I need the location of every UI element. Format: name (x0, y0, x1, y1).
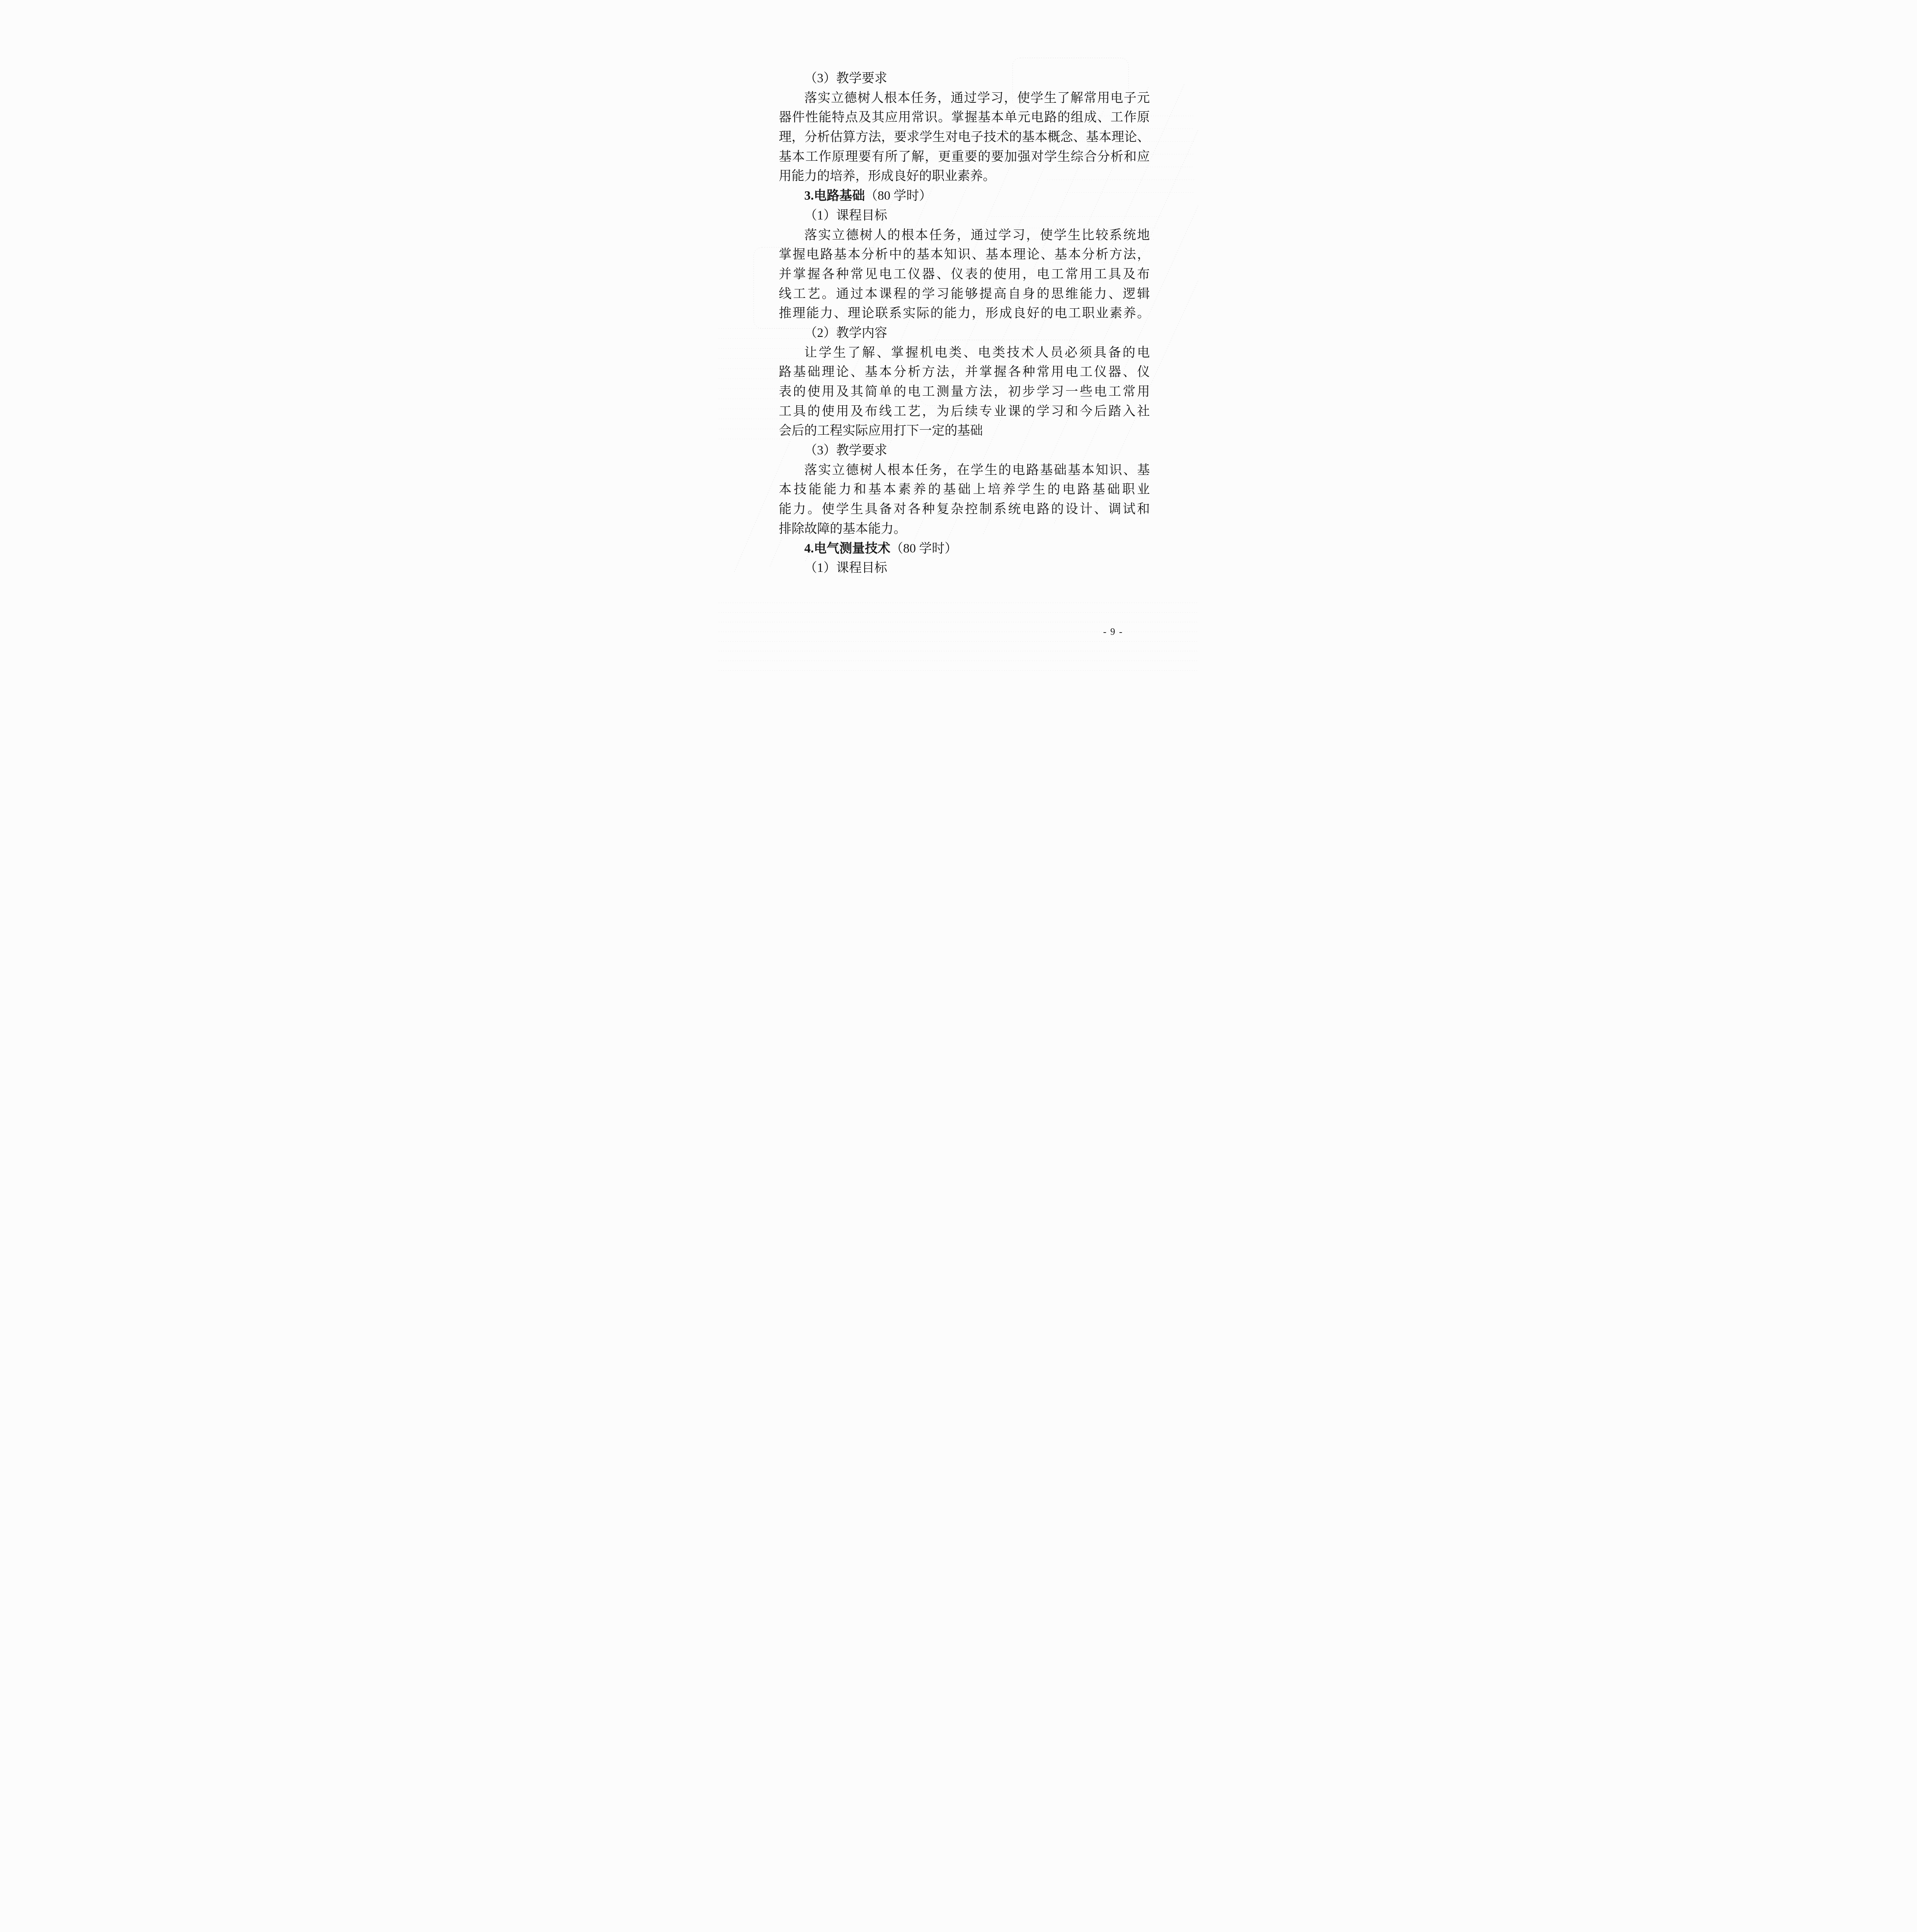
text-line: 并掌握各种常见电工仪器、仪表的使用，电工常用工具及布 (779, 265, 1150, 284)
text-line: 落实立德树人的根本任务，通过学习，使学生比较系统地 (779, 226, 1150, 245)
text-line: （3）教学要求 (779, 441, 1150, 461)
text-line: 排除故障的基本能力。 (779, 519, 1150, 539)
text-line: 本技能能力和基本素养的基础上培养学生的电路基础职业 (779, 480, 1150, 500)
text-line: 会后的工程实际应用打下一定的基础 (779, 421, 1150, 441)
text-line: 3.电路基础（80 学时） (779, 186, 1150, 206)
text-line: 用能力的培养，形成良好的职业素养。 (779, 167, 1150, 186)
heading-bold-text: 4.电气测量技术 (804, 542, 890, 556)
text-line: 落实立德树人根本任务，通过学习，使学生了解常用电子元 (779, 88, 1150, 108)
text-line: 器件性能特点及其应用常识。掌握基本单元电路的组成、工作原 (779, 108, 1150, 128)
page-number: - 9 - (1082, 627, 1144, 638)
text-line: 能力。使学生具备对各种复杂控制系统电路的设计、调试和 (779, 500, 1150, 519)
text-line: 表的使用及其简单的电工测量方法，初步学习一些电工常用 (779, 382, 1150, 402)
text-line: 工具的使用及布线工艺，为后续专业课的学习和今后踏入社 (779, 402, 1150, 422)
text-line: 4.电气测量技术（80 学时） (779, 539, 1150, 559)
text-line: 基本工作原理要有所了解，更重要的要加强对学生综合分析和应 (779, 147, 1150, 167)
text-line: 让学生了解、掌握机电类、电类技术人员必须具备的电 (779, 343, 1150, 363)
text-line: 落实立德树人根本任务，在学生的电路基础基本知识、基 (779, 461, 1150, 480)
text-line: （1）课程目标 (779, 206, 1150, 226)
text-line: （1）课程目标 (779, 558, 1150, 578)
heading-regular-text: （80 学时） (865, 189, 932, 203)
text-line: 路基础理论、基本分析方法，并掌握各种常用电工仪器、仪 (779, 362, 1150, 382)
document-page: （3）教学要求落实立德树人根本任务，通过学习，使学生了解常用电子元器件性能特点及… (719, 0, 1198, 678)
text-line: 掌握电路基本分析中的基本知识、基本理论、基本分析方法， (779, 245, 1150, 265)
text-line: 推理能力、理论联系实际的能力，形成良好的电工职业素养。 (779, 304, 1150, 323)
text-line: （2）教学内容 (779, 323, 1150, 343)
heading-regular-text: （80 学时） (890, 542, 957, 556)
text-line: 线工艺。通过本课程的学习能够提高自身的思维能力、逻辑 (779, 284, 1150, 304)
text-line: 理，分析估算方法，要求学生对电子技术的基本概念、基本理论、 (779, 128, 1150, 147)
heading-bold-text: 3.电路基础 (804, 189, 865, 203)
text-line: （3）教学要求 (779, 69, 1150, 88)
document-body: （3）教学要求落实立德树人根本任务，通过学习，使学生了解常用电子元器件性能特点及… (779, 69, 1150, 578)
